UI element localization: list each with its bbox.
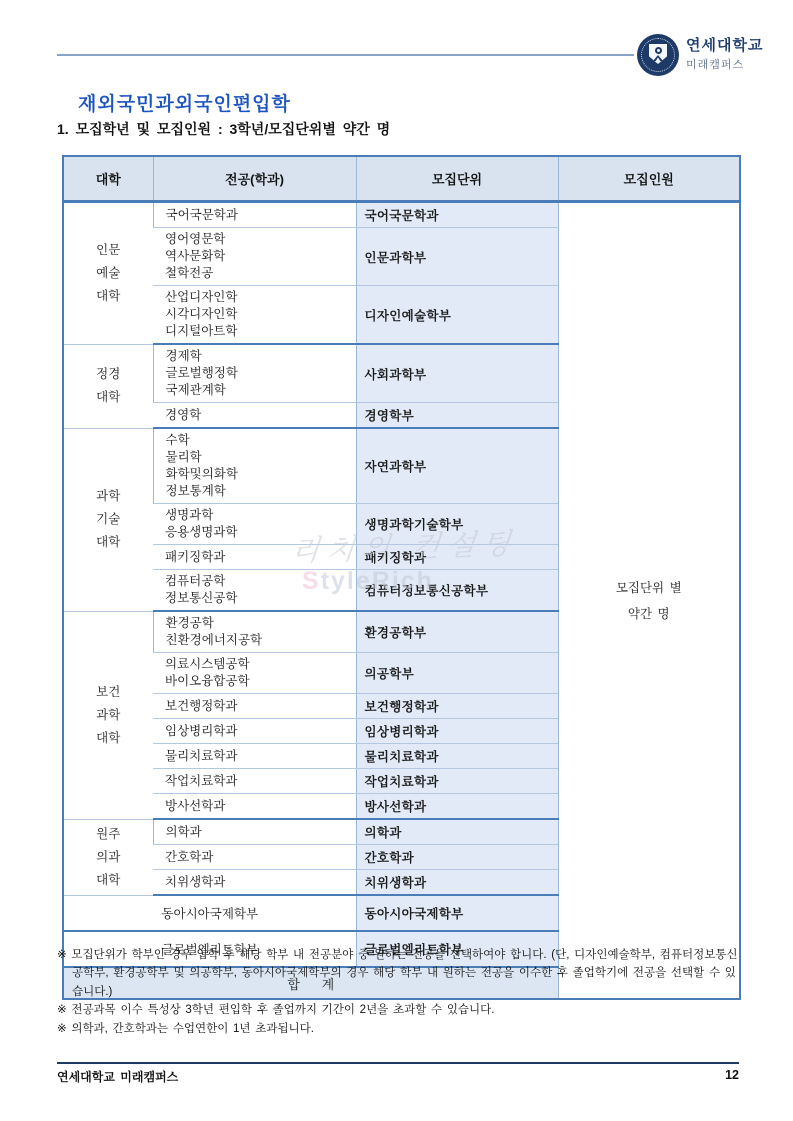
major-cell: 치위생학과 — [153, 870, 356, 896]
major-cell: 의학과 — [153, 819, 356, 845]
major-cell: 국어국문학과 — [153, 202, 356, 228]
footer-campus-name: 연세대학교 미래캠퍼스 — [57, 1068, 178, 1085]
unit-cell: 의학과 — [356, 819, 558, 845]
major-cell: 물리치료학과 — [153, 744, 356, 769]
unit-cell: 자연과학부 — [356, 428, 558, 504]
university-emblem-icon — [637, 34, 679, 76]
major-cell: 경영학 — [153, 403, 356, 429]
footnotes: ※ 모집단위가 학부인 경우 입학 후 해당 학부 내 전공분야 중 원하는 전… — [57, 946, 745, 1038]
section-heading: 1. 모집학년 및 모집인원 : 3학년/모집단위별 약간 명 — [57, 119, 390, 139]
major-cell: 수학물리학화학및의화학정보통계학 — [153, 428, 356, 504]
unit-cell: 생명과학기술학부 — [356, 504, 558, 545]
page-number: 12 — [725, 1068, 739, 1085]
college-cell: 원주의과대학 — [63, 819, 153, 895]
major-cell: 컴퓨터공학정보통신공학 — [153, 570, 356, 612]
college-cell: 보건과학대학 — [63, 611, 153, 819]
footnote-1: ※ 모집단위가 학부인 경우 입학 후 해당 학부 내 전공분야 중 원하는 전… — [57, 946, 745, 1001]
admissions-table-grid: 대학전공(학과)모집단위모집인원인문예술대학국어국문학과국어국문학과모집단위 별… — [62, 155, 741, 1000]
table-row: 인문예술대학국어국문학과국어국문학과모집단위 별약간 명 — [63, 202, 740, 228]
major-cell: 임상병리학과 — [153, 719, 356, 744]
recruit-count-cell: 모집단위 별약간 명 — [558, 202, 740, 1000]
unit-cell: 물리치료학과 — [356, 744, 558, 769]
footer-divider — [57, 1062, 739, 1064]
unit-cell: 패키징학과 — [356, 545, 558, 570]
unit-cell: 디자인예술학부 — [356, 286, 558, 345]
unit-cell: 동아시아국제학부 — [356, 895, 558, 931]
unit-cell: 간호학과 — [356, 845, 558, 870]
major-cell: 생명과학응용생명과학 — [153, 504, 356, 545]
college-cell: 인문예술대학 — [63, 202, 153, 345]
unit-cell: 환경공학부 — [356, 611, 558, 653]
major-cell: 방사선학과 — [153, 794, 356, 820]
major-cell: 경제학글로벌행정학국제관계학 — [153, 344, 356, 403]
emblem-circle-icon — [655, 47, 662, 54]
column-header-3: 모집단위 — [356, 156, 558, 202]
major-cell: 환경공학친환경에너지공학 — [153, 611, 356, 653]
unit-cell: 경영학부 — [356, 403, 558, 429]
major-cell: 영어영문학역사문화학철학전공 — [153, 228, 356, 286]
major-cell: 동아시아국제학부 — [63, 895, 356, 931]
unit-cell: 인문과학부 — [356, 228, 558, 286]
unit-cell: 작업치료학과 — [356, 769, 558, 794]
logo-text: 연세대학교 미래캠퍼스 — [686, 38, 763, 73]
column-header-2: 전공(학과) — [153, 156, 356, 202]
unit-cell: 보건행정학과 — [356, 694, 558, 719]
major-cell: 패키징학과 — [153, 545, 356, 570]
document-page: 연세대학교 미래캠퍼스 재외국민과외국인편입학 1. 모집학년 및 모집인원 :… — [0, 0, 793, 1121]
column-header-4: 모집인원 — [558, 156, 740, 202]
unit-cell: 사회과학부 — [356, 344, 558, 403]
college-cell: 정경대학 — [63, 344, 153, 428]
page-footer: 연세대학교 미래캠퍼스 12 — [57, 1068, 739, 1085]
footnote-3: ※ 의학과, 간호학과는 수업연한이 1년 초과됩니다. — [57, 1020, 745, 1038]
column-header-1: 대학 — [63, 156, 153, 202]
unit-cell: 의공학부 — [356, 653, 558, 694]
unit-cell: 치위생학과 — [356, 870, 558, 896]
major-cell: 의료시스템공학바이오융합공학 — [153, 653, 356, 694]
university-logo: 연세대학교 미래캠퍼스 — [637, 34, 763, 76]
unit-cell: 임상병리학과 — [356, 719, 558, 744]
unit-cell: 컴퓨터정보통신공학부 — [356, 570, 558, 612]
admissions-table: 대학전공(학과)모집단위모집인원인문예술대학국어국문학과국어국문학과모집단위 별… — [62, 155, 739, 1000]
major-cell: 산업디자인학시각디자인학디지털아트학 — [153, 286, 356, 345]
page-title: 재외국민과외국인편입학 — [78, 89, 291, 116]
major-cell: 보건행정학과 — [153, 694, 356, 719]
unit-cell: 방사선학과 — [356, 794, 558, 820]
logo-university-name: 연세대학교 — [686, 38, 763, 55]
header-divider — [57, 54, 634, 56]
major-cell: 간호학과 — [153, 845, 356, 870]
unit-cell: 국어국문학과 — [356, 202, 558, 228]
logo-campus-name: 미래캠퍼스 — [686, 56, 763, 72]
college-cell: 과학기술대학 — [63, 428, 153, 611]
footnote-2: ※ 전공과목 이수 특성상 3학년 편입학 후 졸업까지 기간이 2년을 초과할… — [57, 1001, 745, 1019]
major-cell: 작업치료학과 — [153, 769, 356, 794]
